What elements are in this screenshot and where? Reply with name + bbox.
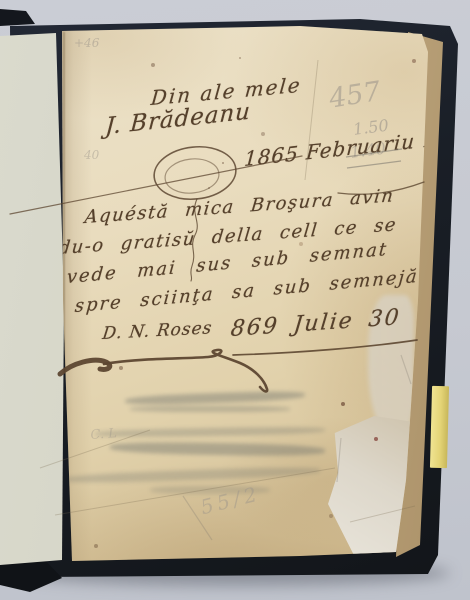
giver-signature-text: D. N. Roses xyxy=(101,318,213,344)
smudge xyxy=(65,466,320,485)
ink-specks xyxy=(0,0,2,2)
book-photo: 457 1.50 1.40 +46 40 55/2 C. L Din ale m… xyxy=(0,0,470,600)
pencil-margin-mark-mid: 40 xyxy=(84,148,99,162)
pencil-bottom-faint-mark: C. L xyxy=(90,426,117,443)
pencil-margin-mark-top: +46 xyxy=(74,36,99,50)
smudge xyxy=(110,441,325,457)
manuscript-page: 457 1.50 1.40 +46 40 55/2 C. L Din ale m… xyxy=(0,0,470,600)
smudge xyxy=(130,406,290,412)
yellow-bookmark-tab xyxy=(430,386,449,468)
smudge xyxy=(95,426,325,438)
pencil-catalog-number: 457 xyxy=(327,76,383,115)
smudge xyxy=(125,390,305,406)
giver-signature: D. N. Roses xyxy=(102,318,213,344)
